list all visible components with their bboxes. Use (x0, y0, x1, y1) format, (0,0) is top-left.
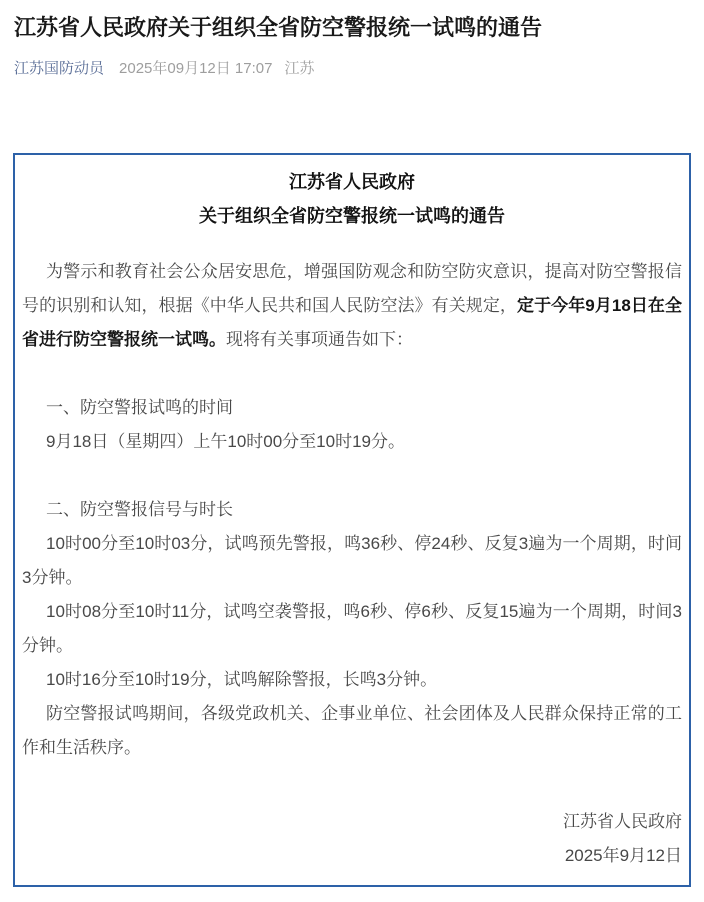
section2-paragraph-4: 防空警报试鸣期间，各级党政机关、企事业单位、社会团体及人民群众保持正常的工作和生… (22, 697, 682, 765)
notice-box: 江苏省人民政府 关于组织全省防空警报统一试鸣的通告 为警示和教育社会公众居安思危… (13, 153, 691, 887)
article-header: 江苏省人民政府关于组织全省防空警报统一试鸣的通告 江苏国防动员2025年09月1… (0, 0, 704, 79)
section2-paragraph-3: 10时16分至10时19分，试鸣解除警报，长鸣3分钟。 (22, 663, 682, 697)
article-meta: 江苏国防动员2025年09月12日 17:07江苏 (14, 59, 690, 79)
source-account-link[interactable]: 江苏国防动员 (14, 60, 104, 77)
signature-date: 2025年9月12日 (22, 839, 682, 873)
signature-block: 江苏省人民政府 2025年9月12日 (22, 805, 682, 873)
section1-body: 9月18日（星期四）上午10时00分至10时19分。 (22, 425, 682, 459)
section2-heading: 二、防空警报信号与时长 (22, 493, 682, 527)
intro-text-end: 现将有关事项通告如下： (226, 330, 413, 349)
notice-intro-paragraph: 为警示和教育社会公众居安思危，增强国防观念和防空防灾意识，提高对防空警报信号的识… (22, 255, 682, 357)
article-title: 江苏省人民政府关于组织全省防空警报统一试鸣的通告 (14, 12, 690, 43)
notice-title-line1: 江苏省人民政府 (22, 165, 682, 199)
article-page: 江苏省人民政府关于组织全省防空警报统一试鸣的通告 江苏国防动员2025年09月1… (0, 0, 704, 902)
section2-paragraph-1: 10时00分至10时03分，试鸣预先警报，鸣36秒、停24秒、反复3遍为一个周期… (22, 527, 682, 595)
notice-title-line2: 关于组织全省防空警报统一试鸣的通告 (22, 199, 682, 233)
section2-paragraph-2: 10时08分至10时11分，试鸣空袭警报，鸣6秒、停6秒、反复15遍为一个周期，… (22, 595, 682, 663)
signature-issuer: 江苏省人民政府 (22, 805, 682, 839)
location-link[interactable]: 江苏 (284, 60, 314, 77)
section1-heading: 一、防空警报试鸣的时间 (22, 391, 682, 425)
publish-datetime: 2025年09月12日 17:07 (119, 60, 272, 77)
